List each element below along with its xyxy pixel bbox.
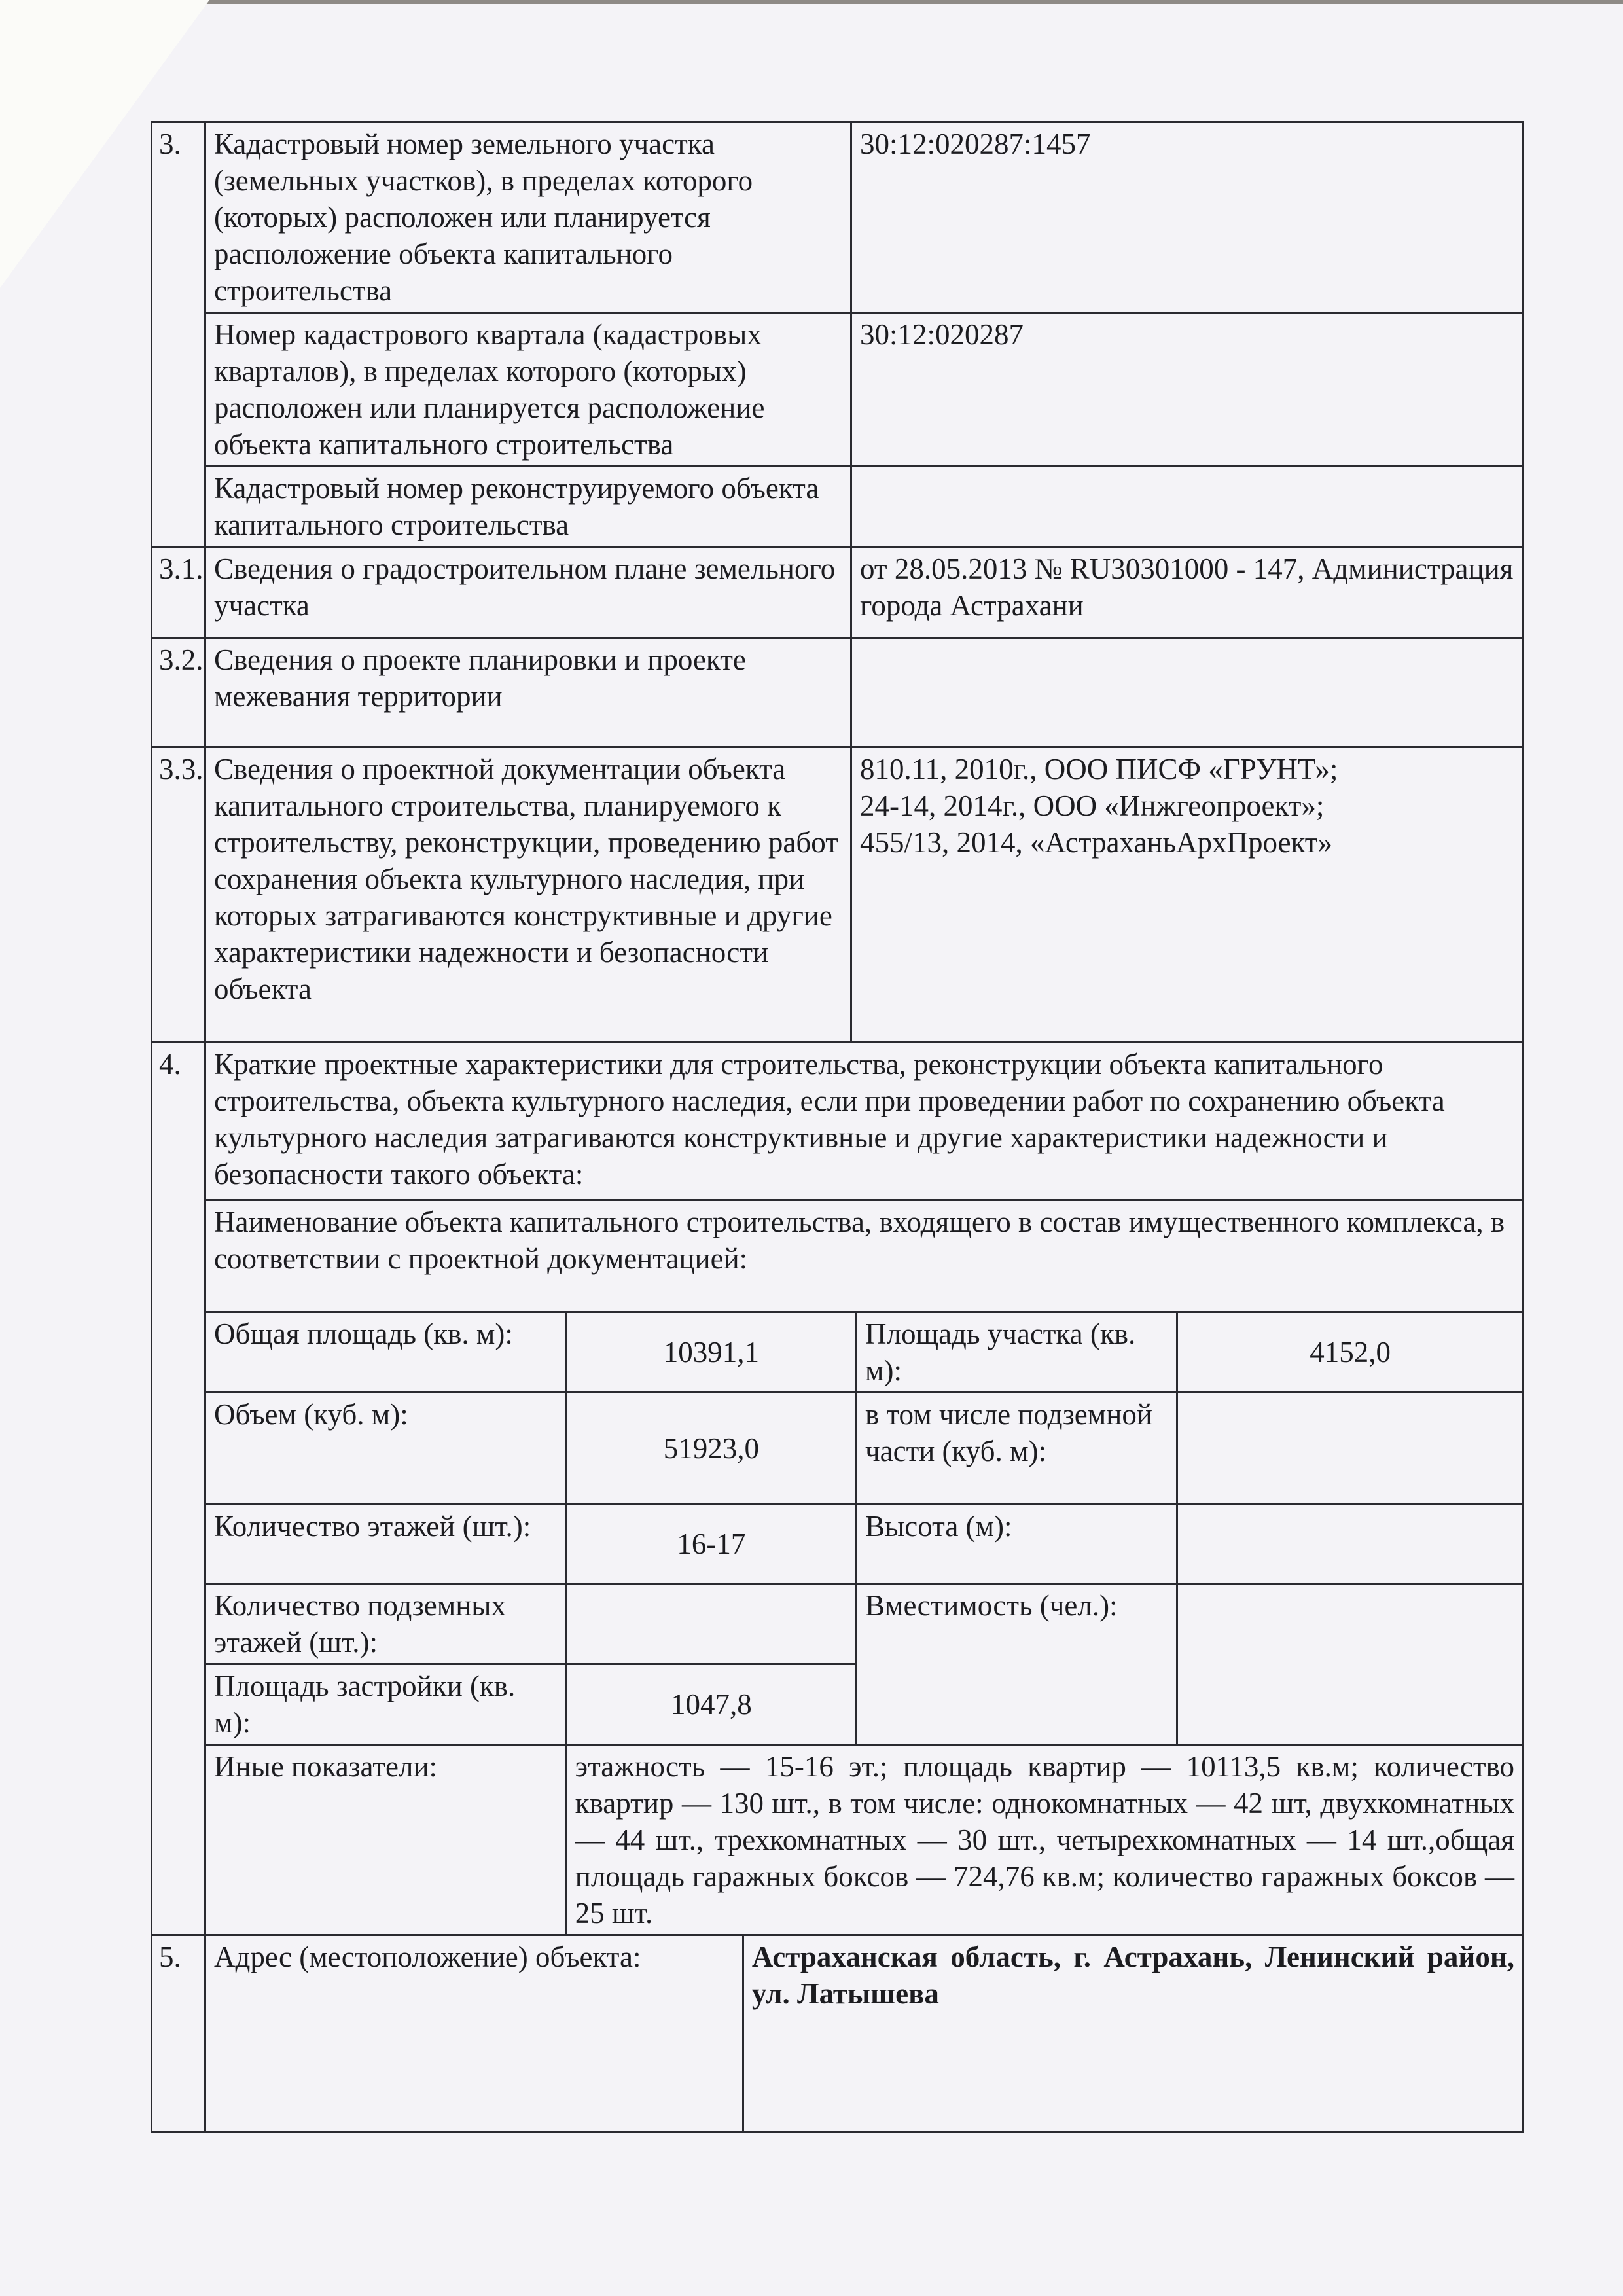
address-table: Адрес (местоположение) объекта: Астрахан…	[206, 1936, 1522, 2131]
project-docs-value: 810.11, 2010г., ООО ПИСФ «ГРУНТ»; 24-14,…	[851, 747, 1524, 1043]
permit-details-table: 3. Кадастровый номер земельного участка …	[151, 121, 1524, 2133]
cadastral-quarter-label: Номер кадастрового квартала (кадастровых…	[205, 313, 851, 467]
address-row: Адрес (местоположение) объекта: Астрахан…	[205, 1935, 1524, 2132]
height-label: Высота (м):	[856, 1505, 1177, 1584]
project-characteristics-heading: Краткие проектные характеристики для стр…	[205, 1043, 1524, 1200]
total-area-value: 10391,1	[566, 1313, 856, 1393]
underground-floors-value	[566, 1584, 856, 1664]
floors-label: Количество этажей (шт.):	[206, 1505, 566, 1584]
reconstructed-object-value	[851, 467, 1524, 547]
project-doc-line: 810.11, 2010г., ООО ПИСФ «ГРУНТ»;	[860, 751, 1514, 787]
building-area-value: 1047,8	[566, 1664, 856, 1745]
table-row: 3. Кадастровый номер земельного участка …	[152, 122, 1524, 313]
characteristics-table: Общая площадь (кв. м): 10391,1 Площадь у…	[206, 1313, 1522, 1934]
planning-project-value	[851, 638, 1524, 747]
table-row: Иные показатели: этажность — 15-16 эт.; …	[206, 1745, 1522, 1935]
table-row: Объем (куб. м): 51923,0 в том числе подз…	[206, 1393, 1522, 1505]
section-number: 3.	[152, 122, 205, 547]
underground-volume-label: в том числе подземной части (куб. м):	[856, 1393, 1177, 1505]
urban-plan-label: Сведения о градостроительном плане земел…	[205, 547, 851, 638]
address-label: Адрес (местоположение) объекта:	[206, 1936, 743, 2131]
object-name-label: Наименование объекта капитального строит…	[205, 1200, 1524, 1312]
table-row: 3.3. Сведения о проектной документации о…	[152, 747, 1524, 1043]
project-doc-line: 24-14, 2014г., ООО «Инжгеопроект»;	[860, 787, 1514, 824]
other-indicators-label: Иные показатели:	[206, 1745, 566, 1935]
table-row: 3.1. Сведения о градостроительном плане …	[152, 547, 1524, 638]
table-row: Количество подземных этажей (шт.): Вмест…	[206, 1584, 1522, 1664]
table-row: Общая площадь (кв. м): 10391,1 Площадь у…	[206, 1313, 1522, 1393]
site-area-value: 4152,0	[1177, 1313, 1522, 1393]
table-row: Наименование объекта капитального строит…	[152, 1200, 1524, 1312]
section-number: 4.	[152, 1043, 205, 1935]
capacity-label: Вместимость (чел.):	[856, 1584, 1177, 1745]
address-value: Астраханская область, г. Астрахань, Лени…	[743, 1936, 1522, 2131]
characteristics-grid: Общая площадь (кв. м): 10391,1 Площадь у…	[205, 1312, 1524, 1935]
site-area-label: Площадь участка (кв. м):	[856, 1313, 1177, 1393]
cadastral-quarter-value: 30:12:020287	[851, 313, 1524, 467]
project-doc-line: 455/13, 2014, «АстраханьАрхПроект»	[860, 824, 1514, 861]
urban-plan-value: от 28.05.2013 № RU30301000 - 147, Админи…	[851, 547, 1524, 638]
section-number: 3.2.	[152, 638, 205, 747]
planning-project-label: Сведения о проекте планировки и проекте …	[205, 638, 851, 747]
cadastral-land-value: 30:12:020287:1457	[851, 122, 1524, 313]
table-row: Кадастровый номер реконструируемого объе…	[152, 467, 1524, 547]
section-number: 5.	[152, 1935, 205, 2132]
table-row: 5. Адрес (местоположение) объекта: Астра…	[152, 1935, 1524, 2132]
volume-label: Объем (куб. м):	[206, 1393, 566, 1505]
reconstructed-object-label: Кадастровый номер реконструируемого объе…	[205, 467, 851, 547]
table-row: 4. Краткие проектные характеристики для …	[152, 1043, 1524, 1200]
table-row: Количество этажей (шт.): 16-17 Высота (м…	[206, 1505, 1522, 1584]
total-area-label: Общая площадь (кв. м):	[206, 1313, 566, 1393]
other-indicators-value: этажность — 15-16 эт.; площадь квартир —…	[566, 1745, 1522, 1935]
volume-value: 51923,0	[566, 1393, 856, 1505]
project-docs-label: Сведения о проектной документации объект…	[205, 747, 851, 1043]
underground-volume-value	[1177, 1393, 1522, 1505]
section-number: 3.3.	[152, 747, 205, 1043]
scan-edge	[0, 0, 1623, 4]
height-value	[1177, 1505, 1522, 1584]
table-row: 3.2. Сведения о проекте планировки и про…	[152, 638, 1524, 747]
underground-floors-label: Количество подземных этажей (шт.):	[206, 1584, 566, 1664]
cadastral-land-label: Кадастровый номер земельного участка (зе…	[205, 122, 851, 313]
table-row: Номер кадастрового квартала (кадастровых…	[152, 313, 1524, 467]
building-area-label: Площадь застройки (кв. м):	[206, 1664, 566, 1745]
section-number: 3.1.	[152, 547, 205, 638]
floors-value: 16-17	[566, 1505, 856, 1584]
capacity-value	[1177, 1584, 1522, 1745]
table-row: Общая площадь (кв. м): 10391,1 Площадь у…	[152, 1312, 1524, 1935]
permit-table-page: 3. Кадастровый номер земельного участка …	[151, 121, 1522, 2133]
